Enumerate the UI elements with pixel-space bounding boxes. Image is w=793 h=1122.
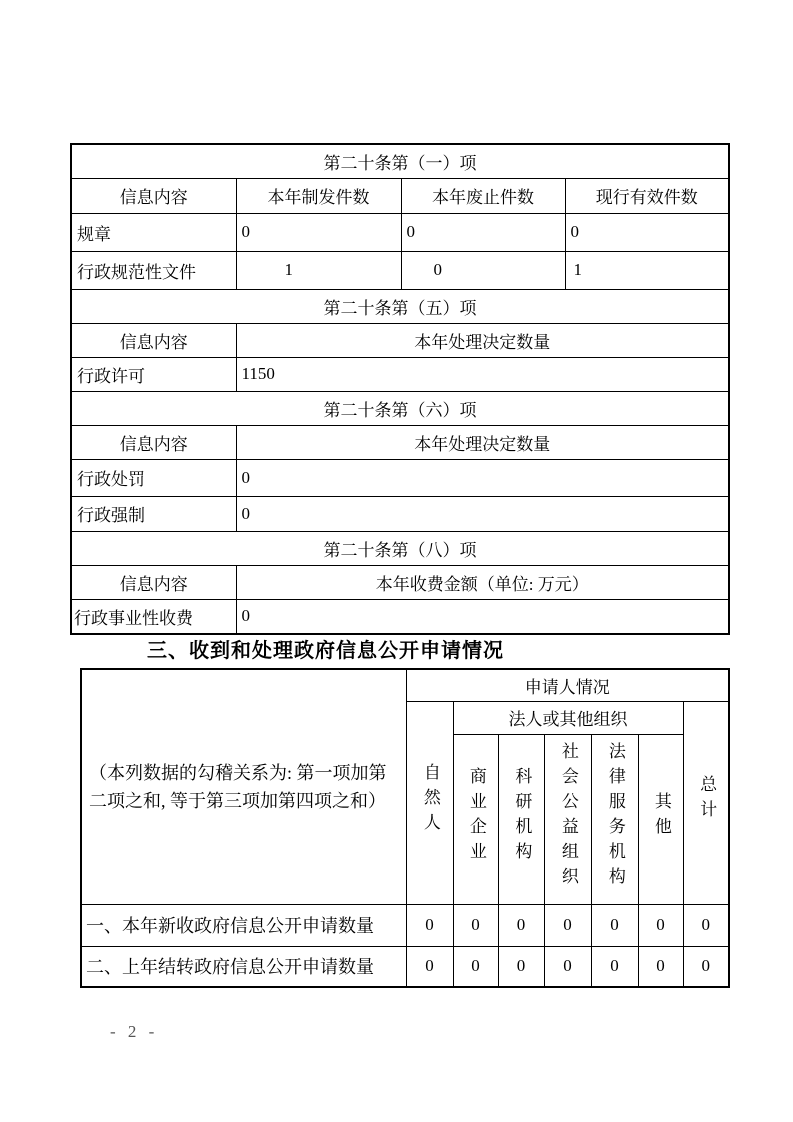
value-cell: 0 bbox=[236, 496, 729, 531]
section-title-item5: 第二十条第（五）项 bbox=[71, 289, 729, 323]
value-cell: 0 bbox=[638, 904, 683, 946]
row-label-cell: 行政处罚 bbox=[71, 459, 236, 496]
value-cell: 1 bbox=[565, 251, 729, 289]
table-row: 行政事业性收费 0 bbox=[71, 599, 729, 634]
table-row: （本列数据的勾稽关系为: 第一项加第二项之和, 等于第三项加第四项之和） 申请人… bbox=[81, 669, 729, 701]
header-cell: 信息内容 bbox=[71, 323, 236, 357]
header-cell: 信息内容 bbox=[71, 178, 236, 213]
applications-table: （本列数据的勾稽关系为: 第一项加第二项之和, 等于第三项加第四项之和） 申请人… bbox=[80, 668, 730, 988]
col-header-natural-person: 自然人 bbox=[406, 701, 453, 904]
article-20-table: 第二十条第（一）项 信息内容 本年制发件数 本年废止件数 现行有效件数 规章 0… bbox=[70, 143, 730, 635]
table-row: 信息内容 本年处理决定数量 bbox=[71, 425, 729, 459]
value-cell: 0 bbox=[683, 904, 729, 946]
header-cell: 本年处理决定数量 bbox=[236, 323, 729, 357]
value-cell: 0 bbox=[453, 946, 498, 987]
vertical-label: 其他 bbox=[651, 792, 670, 842]
table-row: 行政处罚 0 bbox=[71, 459, 729, 496]
section-title-item8: 第二十条第（八）项 bbox=[71, 531, 729, 565]
value-cell: 0 bbox=[401, 251, 565, 289]
table-row: 规章 0 0 0 bbox=[71, 213, 729, 251]
vertical-label: 自然人 bbox=[420, 763, 439, 838]
col-header-legal-service: 法律服务机构 bbox=[591, 734, 638, 904]
document-page: 第二十条第（一）项 信息内容 本年制发件数 本年废止件数 现行有效件数 规章 0… bbox=[0, 0, 793, 1122]
reconciliation-note-cell: （本列数据的勾稽关系为: 第一项加第二项之和, 等于第三项加第四项之和） bbox=[81, 669, 406, 904]
value-cell: 0 bbox=[591, 904, 638, 946]
header-cell: 本年处理决定数量 bbox=[236, 425, 729, 459]
value-cell: 0 bbox=[406, 946, 453, 987]
col-header-total: 总计 bbox=[683, 701, 729, 904]
row-label-cell: 行政许可 bbox=[71, 357, 236, 391]
vertical-label: 法律服务机构 bbox=[605, 742, 624, 892]
value-cell: 0 bbox=[591, 946, 638, 987]
row-label-cell: 一、本年新收政府信息公开申请数量 bbox=[81, 904, 406, 946]
row-label-cell: 二、上年结转政府信息公开申请数量 bbox=[81, 946, 406, 987]
value-cell: 0 bbox=[544, 946, 591, 987]
value-cell: 1 bbox=[236, 251, 401, 289]
value-cell: 0 bbox=[683, 946, 729, 987]
table-row: 第二十条第（五）项 bbox=[71, 289, 729, 323]
col-header-research: 科研机构 bbox=[498, 734, 544, 904]
col-header-business: 商业企业 bbox=[453, 734, 498, 904]
table-row: 信息内容 本年处理决定数量 bbox=[71, 323, 729, 357]
value-cell: 0 bbox=[453, 904, 498, 946]
vertical-label: 社会公益组织 bbox=[558, 742, 577, 892]
vertical-label: 商业企业 bbox=[466, 767, 485, 867]
vertical-label: 科研机构 bbox=[512, 767, 531, 867]
value-cell: 1150 bbox=[236, 357, 729, 391]
header-cell: 本年制发件数 bbox=[236, 178, 401, 213]
table-row: 行政强制 0 bbox=[71, 496, 729, 531]
header-cell: 现行有效件数 bbox=[565, 178, 729, 213]
value-cell: 0 bbox=[498, 904, 544, 946]
org-group-header: 法人或其他组织 bbox=[453, 701, 683, 734]
section-title-item6: 第二十条第（六）项 bbox=[71, 391, 729, 425]
table-row: 行政规范性文件 1 0 1 bbox=[71, 251, 729, 289]
value-cell: 0 bbox=[236, 459, 729, 496]
applicant-group-header: 申请人情况 bbox=[406, 669, 729, 701]
header-cell: 本年收费金额（单位: 万元） bbox=[236, 565, 729, 599]
table-row: 一、本年新收政府信息公开申请数量 0 0 0 0 0 0 0 bbox=[81, 904, 729, 946]
page-number: - 2 - bbox=[110, 1022, 158, 1042]
vertical-label: 总计 bbox=[696, 775, 715, 825]
col-header-social-org: 社会公益组织 bbox=[544, 734, 591, 904]
row-label-cell: 行政强制 bbox=[71, 496, 236, 531]
value-cell: 0 bbox=[544, 904, 591, 946]
value-cell: 0 bbox=[401, 213, 565, 251]
row-label-cell: 规章 bbox=[71, 213, 236, 251]
table-row: 第二十条第（一）项 bbox=[71, 144, 729, 178]
table-row: 第二十条第（八）项 bbox=[71, 531, 729, 565]
value-cell: 0 bbox=[498, 946, 544, 987]
table-row: 信息内容 本年收费金额（单位: 万元） bbox=[71, 565, 729, 599]
header-cell: 信息内容 bbox=[71, 565, 236, 599]
row-label-cell: 行政规范性文件 bbox=[71, 251, 236, 289]
section-title-item1: 第二十条第（一）项 bbox=[71, 144, 729, 178]
value-cell: 0 bbox=[236, 213, 401, 251]
value-cell: 0 bbox=[406, 904, 453, 946]
value-cell: 0 bbox=[236, 599, 729, 634]
value-cell: 0 bbox=[565, 213, 729, 251]
header-cell: 本年废止件数 bbox=[401, 178, 565, 213]
table-row: 信息内容 本年制发件数 本年废止件数 现行有效件数 bbox=[71, 178, 729, 213]
value-cell: 0 bbox=[638, 946, 683, 987]
table-row: 二、上年结转政府信息公开申请数量 0 0 0 0 0 0 0 bbox=[81, 946, 729, 987]
table-row: 第二十条第（六）项 bbox=[71, 391, 729, 425]
table-row: 行政许可 1150 bbox=[71, 357, 729, 391]
row-label-cell: 行政事业性收费 bbox=[71, 599, 236, 634]
section-3-title: 三、收到和处理政府信息公开申请情况 bbox=[147, 634, 504, 663]
header-cell: 信息内容 bbox=[71, 425, 236, 459]
col-header-other: 其他 bbox=[638, 734, 683, 904]
